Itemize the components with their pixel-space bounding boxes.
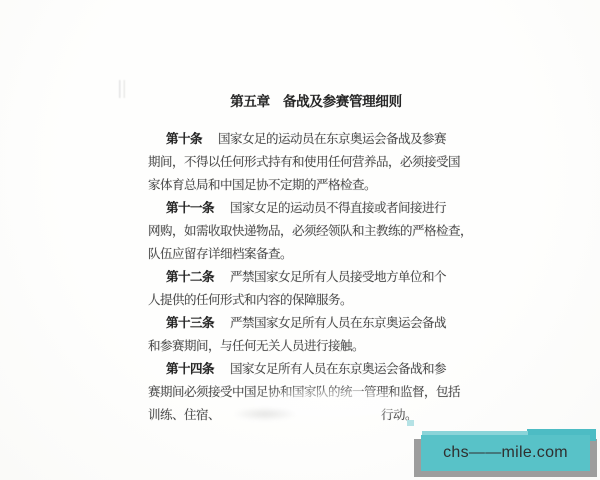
article-number: 第十条 [166, 132, 202, 146]
watermark-site-label: chs——mile.com [443, 444, 568, 462]
scanned-document-photo: 第五章 备战及参赛管理细则 第十条国家女足的运动员在东京奥运会备战及参赛期间，不… [0, 0, 600, 480]
text-line: 第十三条严禁国家女足所有人员在东京奥运会备战 [148, 312, 468, 335]
line-text: 训练、住宿、 [148, 408, 220, 422]
text-line: 和参赛期间，与任何无关人员进行接触。 [148, 335, 468, 358]
scan-artifact-mark [119, 80, 127, 98]
text-line: 队伍应留存详细档案备查。 [148, 243, 468, 266]
article-number: 第十三条 [166, 316, 214, 330]
text-line: 赛期间必须接受中国足协和国家队的统一管理和监督，包括 [148, 381, 468, 404]
document-body: 第十条国家女足的运动员在东京奥运会备战及参赛期间，不得以任何形式持有和使用任何营… [148, 128, 468, 427]
watermark-corner-fragment [407, 420, 414, 426]
text-line: 人提供的任何形式和内容的保障服务。 [148, 289, 468, 312]
article-number: 第十四条 [166, 362, 214, 376]
chapter-title: 第五章 备战及参赛管理细则 [160, 90, 472, 110]
line-text: 国家女足所有人员在东京奥运会备战和参 [230, 362, 446, 376]
text-line: 期间，不得以任何形式持有和使用任何营养品，必须接受国 [148, 151, 468, 174]
text-line: 第十四条国家女足所有人员在东京奥运会备战和参 [148, 358, 468, 381]
watermark-badge: chs——mile.com [421, 435, 590, 471]
text-line: 网购，如需收取快递物品，必须经领队和主教练的严格检查， [148, 220, 468, 243]
text-line: 家体育总局和中国足协不定期的严格检查。 [148, 174, 468, 197]
line-text: 严禁国家女足所有人员接受地方单位和个 [230, 270, 446, 284]
text-line: 第十条国家女足的运动员在东京奥运会备战及参赛 [148, 128, 468, 151]
line-text: 严禁国家女足所有人员在东京奥运会备战 [230, 316, 446, 330]
text-line: 第十一条国家女足的运动员不得直接或者间接进行 [148, 197, 468, 220]
text-line-partially-erased: 训练、住宿、行动。 [148, 404, 468, 427]
article-number: 第十一条 [166, 201, 214, 215]
text-line: 第十二条严禁国家女足所有人员接受地方单位和个 [148, 266, 468, 289]
line-text: 国家女足的运动员在东京奥运会备战及参赛 [218, 132, 446, 146]
article-number: 第十二条 [166, 270, 214, 284]
line-text: 国家女足的运动员不得直接或者间接进行 [230, 201, 446, 215]
